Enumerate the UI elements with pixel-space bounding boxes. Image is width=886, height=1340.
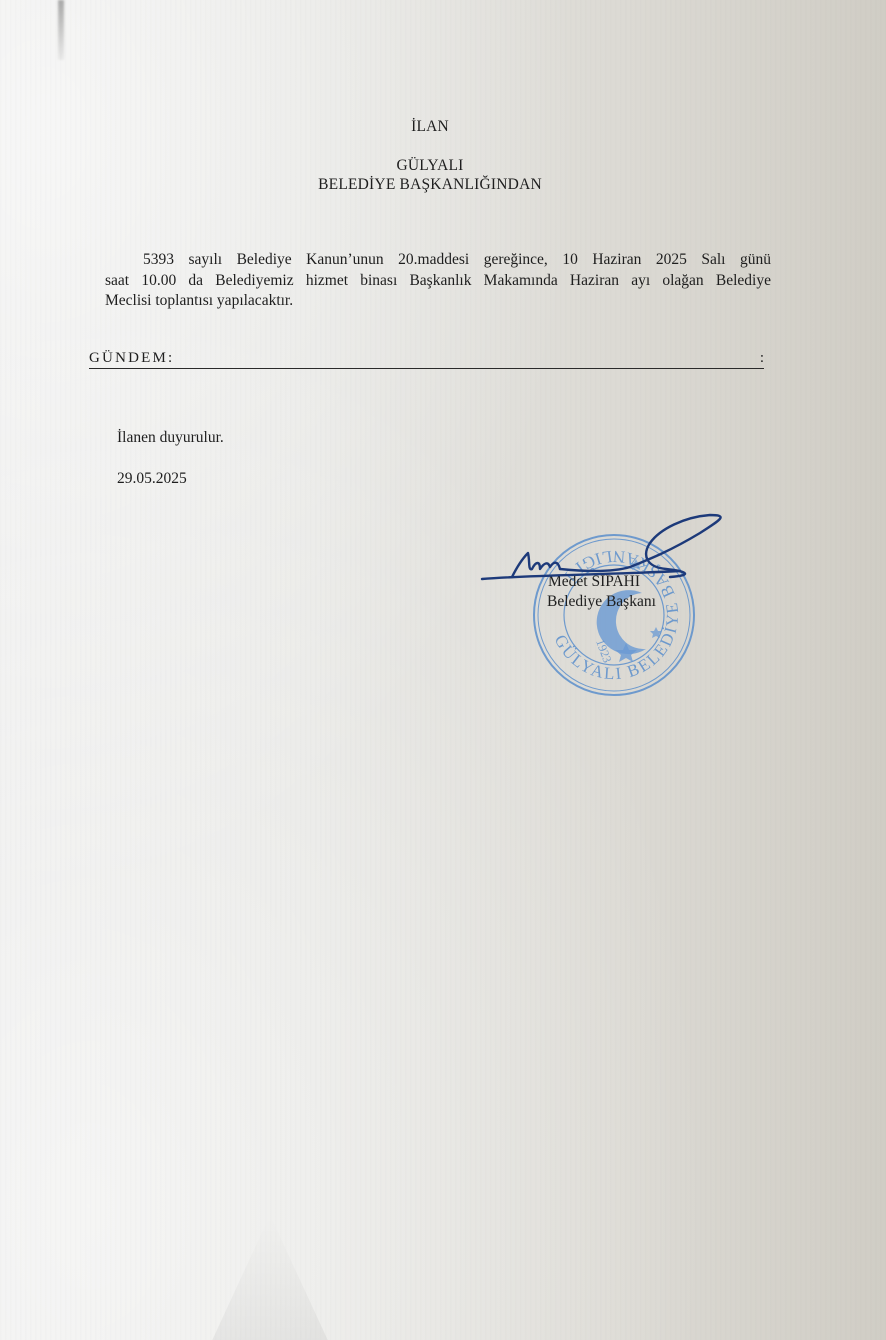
body-line: Meclisi toplantısı yapılacaktır. xyxy=(105,291,771,312)
announcement-closing: İlanen duyurulur. xyxy=(117,429,224,447)
paper-edge-mark xyxy=(58,0,64,60)
body-line: 5393 sayılı Belediye Kanun’unun 20.madde… xyxy=(105,250,771,271)
signature-block: GÜLYALI BELEDİYE BAŞKANLIĞI 1 1923 Medet… xyxy=(470,505,740,705)
issuer-office: BELEDİYE BAŞKANLIĞINDAN xyxy=(0,176,860,194)
paper-fold-shadow xyxy=(210,1215,330,1340)
handwritten-signature-icon xyxy=(470,505,740,625)
body-line: saat 10.00 da Belediyemiz hizmet binası … xyxy=(105,271,771,292)
document-title: İLAN xyxy=(0,118,860,136)
announcement-body: 5393 sayılı Belediye Kanun’unun 20.madde… xyxy=(105,250,771,312)
document-date: 29.05.2025 xyxy=(117,470,187,488)
paper-texture xyxy=(0,0,886,1340)
agenda-label: GÜNDEM: xyxy=(89,350,174,366)
agenda-trailing-colon: : xyxy=(760,350,764,367)
agenda-line: GÜNDEM: : xyxy=(89,350,764,369)
issuer-name: GÜLYALI xyxy=(0,157,860,175)
